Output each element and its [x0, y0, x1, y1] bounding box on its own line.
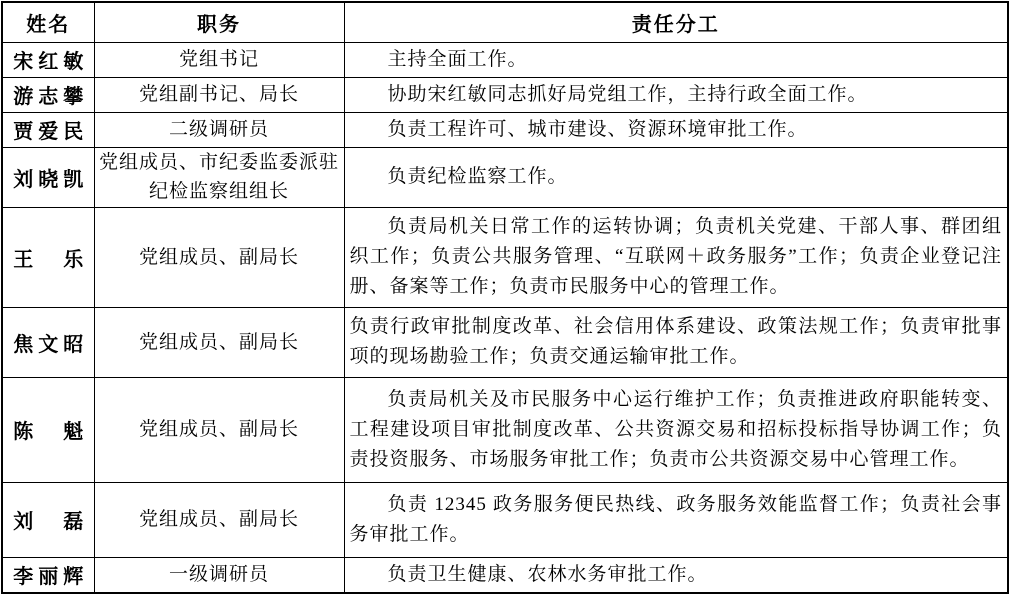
header-duty: 责任分工 — [344, 2, 1008, 42]
name-cell: 宋红敏 — [2, 42, 94, 77]
person-name: 刘晓凯 — [13, 163, 83, 192]
header-row: 姓名 职务 责任分工 — [2, 2, 1008, 42]
name-cell: 李丽辉 — [2, 557, 94, 593]
table-row: 游志攀 党组副书记、局长 协助宋红敏同志抓好局党组工作，主持行政全面工作。 — [2, 77, 1008, 112]
responsibility-table: 姓名 职务 责任分工 宋红敏 党组书记 主持全面工作。 游志攀 党组副书记、局长… — [1, 1, 1009, 594]
name-cell: 王乐 — [2, 207, 94, 307]
name-cell: 游志攀 — [2, 77, 94, 112]
duty-cell: 负责局机关及市民服务中心运行维护工作；负责推进政府职能转变、工程建设项目审批制度… — [344, 377, 1008, 482]
person-name: 贾爱民 — [13, 115, 83, 144]
name-cell: 焦文昭 — [2, 307, 94, 377]
person-name: 焦文昭 — [13, 328, 83, 357]
position-cell: 党组成员、市纪委监委派驻纪检监察组组长 — [94, 147, 344, 207]
name-cell: 刘晓凯 — [2, 147, 94, 207]
header-name: 姓名 — [2, 2, 94, 42]
table-row: 王乐 党组成员、副局长 负责局机关日常工作的运转协调；负责机关党建、干部人事、群… — [2, 207, 1008, 307]
person-name: 宋红敏 — [13, 45, 83, 74]
duty-cell: 负责纪检监察工作。 — [344, 147, 1008, 207]
name-cell: 刘磊 — [2, 482, 94, 557]
name-cell: 陈魁 — [2, 377, 94, 482]
position-cell: 二级调研员 — [94, 112, 344, 147]
name-cell: 贾爱民 — [2, 112, 94, 147]
position-cell: 党组书记 — [94, 42, 344, 77]
table-row: 刘磊 党组成员、副局长 负责 12345 政务服务便民热线、政务服务效能监督工作… — [2, 482, 1008, 557]
duty-cell: 负责卫生健康、农林水务审批工作。 — [344, 557, 1008, 593]
person-name: 陈魁 — [13, 415, 83, 444]
position-cell: 党组成员、副局长 — [94, 482, 344, 557]
person-name: 游志攀 — [13, 80, 83, 109]
position-cell: 一级调研员 — [94, 557, 344, 593]
duty-cell: 负责 12345 政务服务便民热线、政务服务效能监督工作；负责社会事务审批工作。 — [344, 482, 1008, 557]
duty-cell: 负责行政审批制度改革、社会信用体系建设、政策法规工作；负责审批事项的现场勘验工作… — [344, 307, 1008, 377]
table-row: 贾爱民 二级调研员 负责工程许可、城市建设、资源环境审批工作。 — [2, 112, 1008, 147]
table-row: 刘晓凯 党组成员、市纪委监委派驻纪检监察组组长 负责纪检监察工作。 — [2, 147, 1008, 207]
duty-cell: 负责局机关日常工作的运转协调；负责机关党建、干部人事、群团组织工作；负责公共服务… — [344, 207, 1008, 307]
duty-cell: 负责工程许可、城市建设、资源环境审批工作。 — [344, 112, 1008, 147]
person-name: 王乐 — [13, 243, 83, 272]
duty-cell: 协助宋红敏同志抓好局党组工作，主持行政全面工作。 — [344, 77, 1008, 112]
position-cell: 党组成员、副局长 — [94, 207, 344, 307]
table-row: 焦文昭 党组成员、副局长 负责行政审批制度改革、社会信用体系建设、政策法规工作；… — [2, 307, 1008, 377]
table-row: 李丽辉 一级调研员 负责卫生健康、农林水务审批工作。 — [2, 557, 1008, 593]
position-cell: 党组成员、副局长 — [94, 377, 344, 482]
header-position: 职务 — [94, 2, 344, 42]
table-row: 宋红敏 党组书记 主持全面工作。 — [2, 42, 1008, 77]
position-cell: 党组成员、副局长 — [94, 307, 344, 377]
position-cell: 党组副书记、局长 — [94, 77, 344, 112]
person-name: 李丽辉 — [13, 560, 83, 589]
duty-cell: 主持全面工作。 — [344, 42, 1008, 77]
table-row: 陈魁 党组成员、副局长 负责局机关及市民服务中心运行维护工作；负责推进政府职能转… — [2, 377, 1008, 482]
person-name: 刘磊 — [13, 505, 83, 534]
